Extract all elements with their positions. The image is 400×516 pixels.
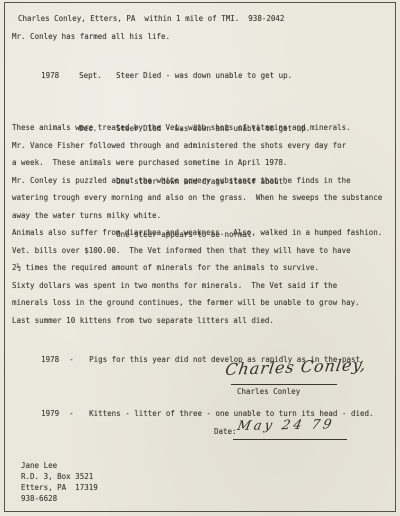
timeline-year: 1978 — [41, 67, 79, 85]
date-label: Date: — [214, 427, 237, 436]
timeline-row: 1978Sept.Steer Died - was down unable to… — [14, 49, 310, 102]
document-line: 2½ times the required amount of minerals… — [12, 259, 382, 277]
document-line: away the water turns milky white. — [12, 207, 382, 225]
document-line: minerals loss in the ground continues, t… — [12, 294, 382, 312]
contact-line: Etters, PA 17319 — [21, 482, 98, 493]
timeline-month: Sept. — [79, 67, 116, 85]
timeline-text: Steer Died - was down unable to get up. — [116, 71, 292, 80]
note-dash: - — [69, 351, 89, 369]
document-body: These animals were treated by the Vet. w… — [12, 119, 382, 330]
document-line: watering trough every morning and also o… — [12, 189, 382, 207]
document-line: These animals were treated by the Vet. w… — [12, 119, 382, 137]
document-line: Mr. Vance Fisher followed through and ad… — [12, 137, 382, 155]
document-line: Vet. bills over $100.00. The Vet informe… — [12, 242, 382, 260]
typed-signature-name: Charles Conley — [237, 387, 300, 396]
contact-line: R.D. 3, Box 3521 — [21, 471, 98, 482]
signature-underline — [231, 384, 337, 385]
document-line: a week. These animals were purchased som… — [12, 154, 382, 172]
note-text: Kittens - litter of three - one unable t… — [89, 409, 373, 418]
document-header-line: Charles Conley, Etters, PA within 1 mile… — [18, 14, 284, 23]
contact-line: 938-6628 — [21, 493, 98, 504]
note-year: 1979 — [41, 405, 69, 423]
document-line: Sixty dollars was spent in two months fo… — [12, 277, 382, 295]
document-intro-line: Mr. Conley has farmed all his life. — [12, 32, 170, 41]
document-line: Last summer 10 kittens from two separate… — [12, 312, 382, 330]
scanned-document-page: Charles Conley, Etters, PA within 1 mile… — [0, 0, 400, 516]
contact-block: Jane Lee R.D. 3, Box 3521 Etters, PA 173… — [21, 460, 98, 504]
handwritten-date: May 24 79 — [236, 417, 336, 434]
note-dash: - — [69, 405, 89, 423]
document-line: Mr. Conley is puzzled about the white po… — [12, 172, 382, 190]
note-year: 1978 — [41, 351, 69, 369]
date-underline — [233, 439, 347, 440]
document-line: Animals also suffer from diarrhea and we… — [12, 224, 382, 242]
contact-line: Jane Lee — [21, 460, 98, 471]
